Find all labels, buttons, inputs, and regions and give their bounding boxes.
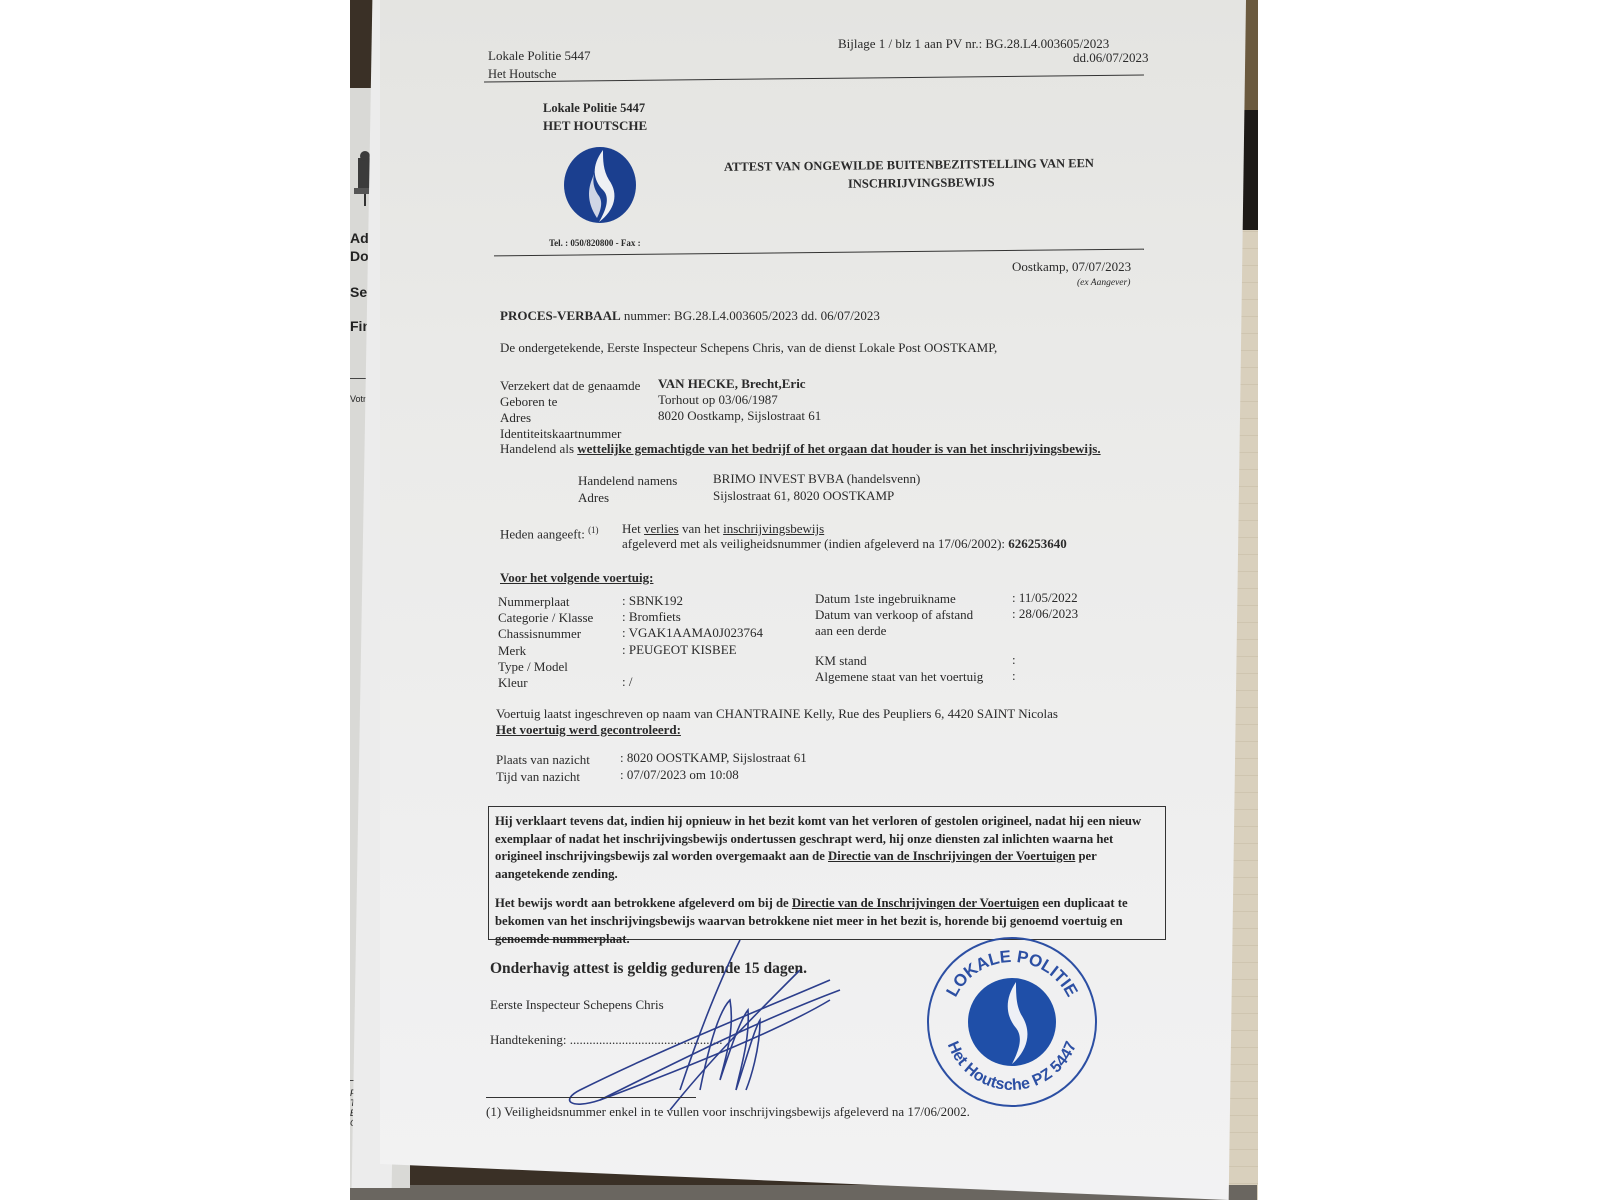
handwritten-signature-icon [560, 940, 860, 1120]
person-label: Adres [500, 410, 531, 426]
vehicle-heading: Voor het volgende voertuig: [500, 570, 653, 586]
letterhead-org-name: HET HOUTSCHE [543, 118, 647, 134]
vehicle-field-label: aan een derde [815, 623, 886, 639]
vehicle-field-label: Datum van verkoop of afstand [815, 607, 973, 623]
footnote: (1) Veiligheidsnummer enkel in te vullen… [486, 1104, 970, 1120]
copy-note: (ex Aangever) [1077, 278, 1130, 288]
place-date: Oostkamp, 07/07/2023 [1012, 259, 1131, 275]
person-label: Verzekert dat de genaamde [500, 378, 640, 394]
vehicle-field-value: : PEUGEOT KISBEE [622, 642, 737, 658]
vehicle-field-label: Kleur [498, 675, 528, 691]
text: Het [622, 521, 644, 536]
vehicle-field-value: : [1012, 668, 1016, 684]
footnote-rule [486, 1097, 696, 1098]
vehicle-field-label: Datum 1ste ingebruikname [815, 591, 956, 607]
company-label: Adres [578, 490, 609, 506]
inspection-label: Plaats van nazicht [496, 752, 590, 768]
vehicle-field-value: : [1012, 652, 1016, 668]
pv-label: PROCES-VERBAAL [500, 308, 621, 323]
company-label: Handelend namens [578, 473, 677, 489]
vehicle-field-label: Chassisnummer [498, 626, 581, 642]
vehicle-field-label: Type / Model [498, 659, 568, 675]
person-label: Identiteitskaartnummer [500, 426, 621, 442]
vehicle-field-value: : SBNK192 [622, 593, 683, 609]
person-birth: Torhout op 03/06/1987 [658, 392, 778, 408]
company-address: Sijslostraat 61, 8020 OOSTKAMP [713, 488, 894, 504]
inspection-label: Tijd van nazicht [496, 769, 580, 785]
vehicle-field-value: : / [622, 674, 632, 690]
acting-prefix: Handelend als [500, 441, 577, 456]
declaration-label-text: Heden aangeeft: [500, 526, 585, 541]
header-date: dd.06/07/2023 [1073, 50, 1148, 66]
declaration-line2: afgeleverd met als veiligheidsnummer (in… [622, 536, 1067, 552]
person-address: 8020 Oostkamp, Sijslostraat 61 [658, 408, 821, 424]
vehicle-field-label: Nummerplaat [498, 594, 569, 610]
header-org: Lokale Politie 5447 [488, 48, 591, 64]
notice-box: Hij verklaart tevens dat, indien hij opn… [488, 806, 1166, 940]
directorate-reference: Directie van de Inschrijvingen der Voert… [828, 849, 1075, 863]
undersigned-statement: De ondergetekende, Eerste Inspecteur Sch… [500, 340, 997, 356]
inspection-heading: Het voertuig werd gecontroleerd: [496, 722, 681, 738]
vehicle-field-label: Categorie / Klasse [498, 610, 593, 626]
loss-term: verlies [644, 521, 679, 536]
directorate-reference: Directie van de Inschrijvingen der Voert… [792, 896, 1039, 910]
vehicle-field-label: Algemene staat van het voertuig [815, 669, 983, 685]
person-label: Geboren te [500, 394, 557, 410]
vehicle-field-value: : VGAK1AAMA0J023764 [622, 625, 763, 641]
police-stamp-icon: LOKALE POLITIE Het Houtsche PZ 5447 [922, 932, 1102, 1112]
vehicle-field-value: : Bromfiets [622, 609, 681, 625]
person-name: VAN HECKE, Brecht,Eric [658, 376, 806, 392]
header-org-sub: Het Houtsche [488, 67, 556, 82]
registration-term: inschrijvingsbewijs [723, 521, 824, 536]
police-flame-logo-icon [563, 146, 637, 224]
document-title-line2: INSCHRIJVINGSBEWIJS [848, 175, 995, 192]
inspection-place: : 8020 OOSTKAMP, Sijslostraat 61 [620, 750, 807, 766]
letterhead-tel: Tel. : 050/820800 - Fax : [549, 238, 641, 248]
declaration-line1: Het verlies van het inschrijvingsbewijs [622, 521, 824, 537]
acting-role: wettelijke gemachtigde van het bedrijf o… [577, 441, 1100, 456]
acting-as: Handelend als wettelijke gemachtigde van… [500, 441, 1101, 457]
pv-number: nummer: BG.28.L4.003605/2023 dd. 06/07/2… [621, 308, 880, 323]
inspection-time: : 07/07/2023 om 10:08 [620, 767, 739, 783]
letterhead-org: Lokale Politie 5447 [543, 101, 645, 116]
header-reference: Bijlage 1 / blz 1 aan PV nr.: BG.28.L4.0… [838, 36, 1109, 52]
text: van het [679, 521, 723, 536]
vehicle-field-value: : 28/06/2023 [1012, 606, 1078, 622]
pv-line: PROCES-VERBAAL nummer: BG.28.L4.003605/2… [500, 308, 880, 324]
vehicle-field-label: Merk [498, 643, 526, 659]
security-number: 626253640 [1008, 536, 1067, 551]
last-registered: Voertuig laatst ingeschreven op naam van… [496, 706, 1058, 722]
text: afgeleverd met als veiligheidsnummer (in… [622, 536, 1008, 551]
notice-paragraph-1: Hij verklaart tevens dat, indien hij opn… [495, 813, 1159, 883]
vehicle-field-value: : 11/05/2022 [1012, 590, 1078, 606]
declaration-label: Heden aangeeft: (1) [500, 525, 599, 542]
footnote-mark: (1) [588, 525, 599, 535]
text: Het bewijs wordt aan betrokkene afgeleve… [495, 896, 792, 910]
vehicle-field-label: KM stand [815, 653, 867, 669]
company-name: BRIMO INVEST BVBA (handelsvenn) [713, 471, 920, 487]
